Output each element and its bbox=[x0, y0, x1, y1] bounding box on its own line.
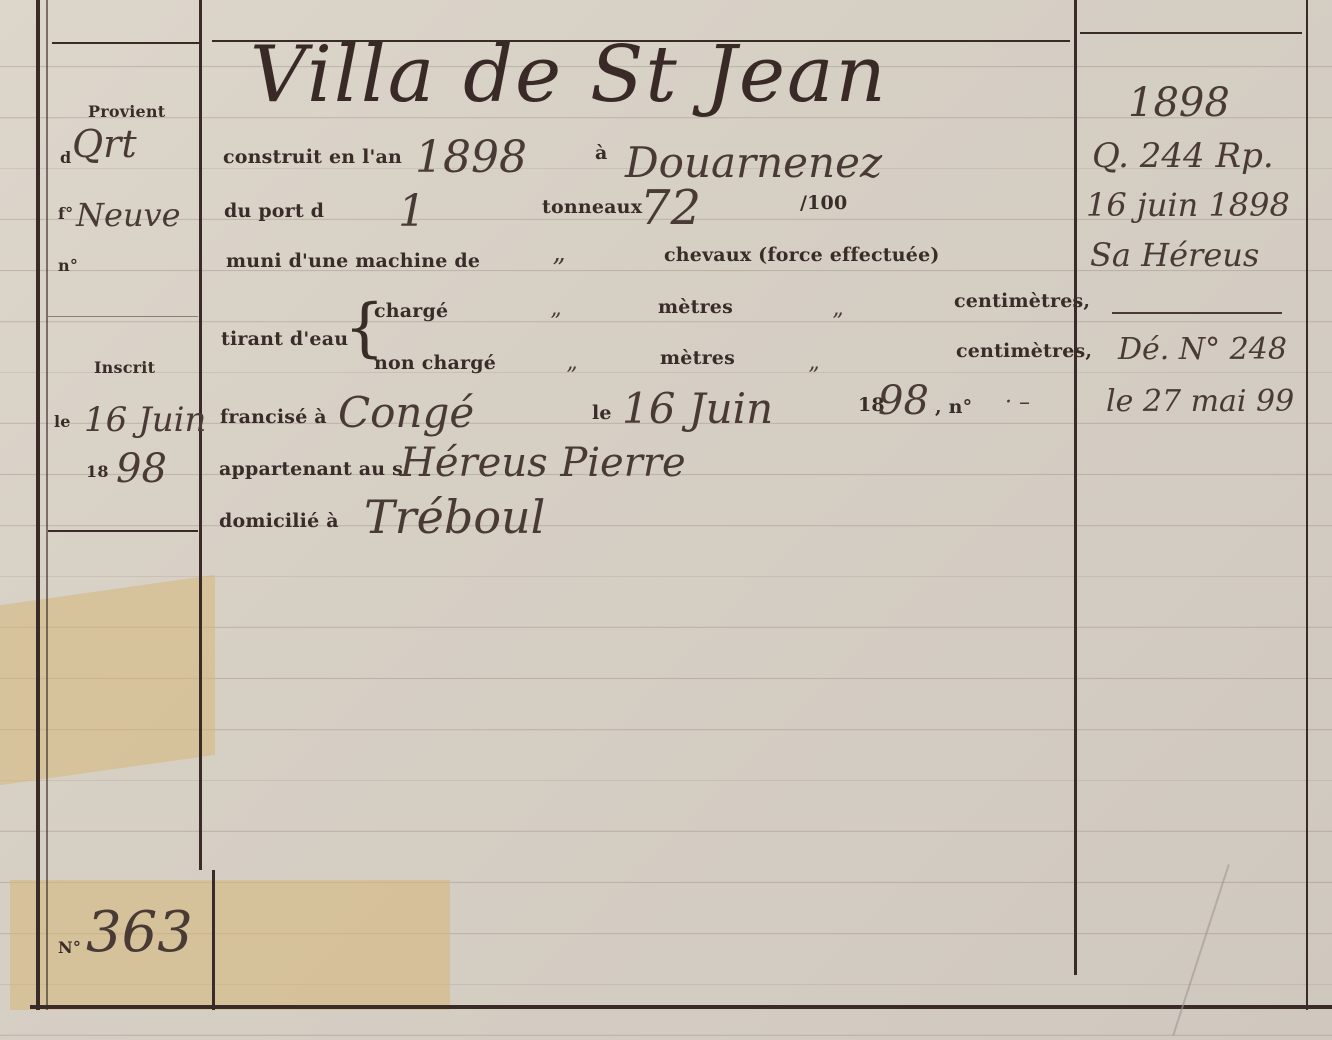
non-charge-metres-value: ” bbox=[566, 364, 577, 389]
appartenant-value: Héreus Pierre bbox=[400, 440, 686, 486]
f-label: f° bbox=[58, 204, 73, 223]
rule-number-box bbox=[212, 870, 215, 1010]
rule-bottom bbox=[30, 1005, 1332, 1009]
register-page: Provient d Qrt f° Neuve n° Inscrit le 16… bbox=[0, 0, 1332, 1040]
d-label: d bbox=[60, 148, 71, 167]
margin-note-1: 1898 bbox=[1128, 80, 1230, 126]
tape-patch-left bbox=[0, 575, 215, 785]
margin-note-5: Dé. N° 248 bbox=[1118, 332, 1287, 367]
francise-value: Congé bbox=[338, 388, 474, 437]
machine-label: muni d'une machine de bbox=[226, 250, 480, 272]
inscrit-year-suffix: 98 bbox=[116, 446, 167, 492]
margin-note-3: 16 juin 1898 bbox=[1086, 186, 1290, 224]
rule-left-outer bbox=[36, 0, 40, 1010]
register-number-label: N° bbox=[58, 938, 81, 957]
charge-cm-value: ” bbox=[832, 310, 843, 335]
rule-left-inner bbox=[46, 0, 48, 1010]
construit-label: construit en l'an bbox=[223, 146, 402, 168]
non-charge-metres-label: mètres bbox=[660, 347, 735, 369]
f-value: Neuve bbox=[76, 196, 181, 234]
inscrit-label: Inscrit bbox=[94, 358, 155, 377]
register-number-value: 363 bbox=[86, 900, 193, 965]
charge-label: chargé bbox=[374, 300, 448, 322]
rule-top-left bbox=[52, 42, 202, 44]
francise-date-value: 16 Juin bbox=[622, 384, 773, 433]
non-charge-cm-value: ” bbox=[808, 364, 819, 389]
margin-note-4: Sa Héreus bbox=[1090, 236, 1259, 274]
margin-note-divider bbox=[1112, 312, 1282, 314]
port-value: 1 bbox=[398, 186, 426, 237]
rule-left-mid bbox=[48, 316, 198, 317]
francise-year-suffix: 98 bbox=[878, 378, 929, 424]
inscrit-date-value: 16 Juin bbox=[84, 400, 206, 440]
d-value: Qrt bbox=[72, 122, 137, 166]
francise-no-label: , n° bbox=[935, 396, 972, 418]
provient-label: Provient bbox=[88, 102, 165, 121]
port-label: du port d bbox=[224, 200, 324, 222]
rule-main-right bbox=[1074, 0, 1077, 975]
rule-left-inscrit bbox=[48, 530, 198, 532]
francise-label: francisé à bbox=[220, 406, 327, 428]
inscrit-le-label: le bbox=[54, 412, 71, 431]
charge-cm-label: centimètres, bbox=[954, 290, 1090, 312]
tirant-label: tirant d'eau bbox=[221, 328, 348, 350]
domicilie-label: domicilié à bbox=[219, 510, 339, 532]
margin-note-6: le 27 mai 99 bbox=[1106, 384, 1294, 419]
rule-far-right bbox=[1306, 0, 1308, 1010]
domicilie-value: Tréboul bbox=[364, 490, 545, 544]
margin-note-2: Q. 244 Rp. bbox=[1092, 136, 1274, 176]
charge-metres-label: mètres bbox=[658, 296, 733, 318]
francise-no-value: · – bbox=[1005, 390, 1030, 415]
tonneaux-label: tonneaux bbox=[542, 196, 642, 218]
francise-le-label: le bbox=[592, 402, 612, 424]
per100-label: /100 bbox=[800, 192, 847, 214]
chevaux-label: chevaux (force effectuée) bbox=[664, 244, 940, 266]
machine-value: ” bbox=[552, 254, 565, 284]
vessel-name: Villa de St Jean bbox=[250, 30, 888, 120]
non-charge-label: non chargé bbox=[374, 352, 496, 374]
appartenant-label: appartenant au s bbox=[219, 458, 403, 480]
rule-top-right bbox=[1080, 32, 1302, 34]
inscrit-year-prefix: 18 bbox=[86, 462, 109, 481]
paper-crack bbox=[1172, 864, 1230, 1036]
construit-value: 1898 bbox=[415, 132, 527, 183]
a-label: à bbox=[595, 142, 608, 164]
tonneaux-value: 72 bbox=[640, 180, 701, 236]
charge-metres-value: ” bbox=[550, 310, 561, 335]
n-label: n° bbox=[58, 256, 78, 275]
non-charge-cm-label: centimètres, bbox=[956, 340, 1092, 362]
